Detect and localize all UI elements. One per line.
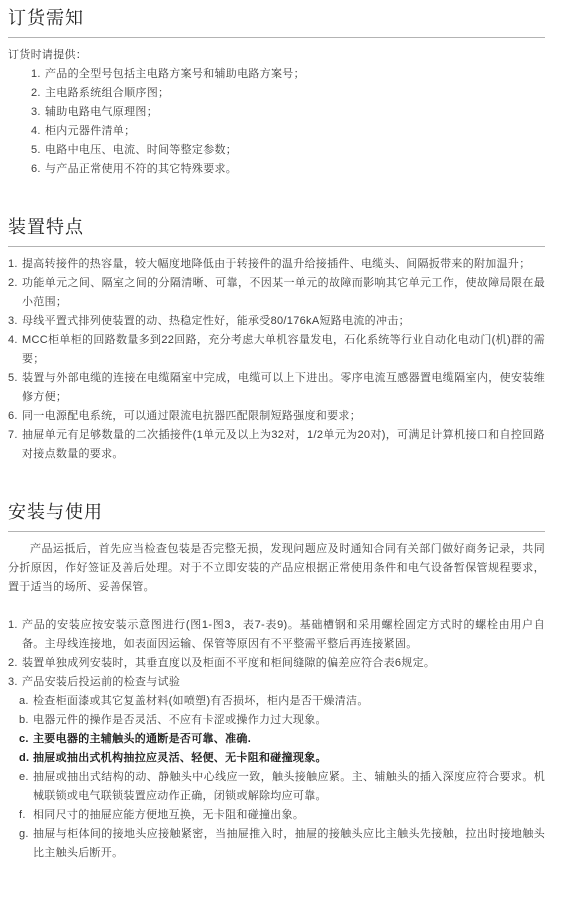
sub-list-item: b. 电器元件的操作是否灵活、不应有卡涩或操作力过大现象。: [19, 711, 545, 730]
sub-list-item: c. 主要电器的主辅触头的通断是否可靠、准确.: [19, 730, 545, 749]
list-item-text: 辅助电路电气原理图；: [45, 103, 545, 122]
section-ordering-notes: 订货需知 订货时请提供： 1. 产品的全型号包括主电路方案号和辅助电路方案号； …: [8, 6, 545, 179]
list-item-text: 产品的全型号包括主电路方案号和辅助电路方案号；: [45, 65, 545, 84]
sub-list-item-text: 主要电器的主辅触头的通断是否可靠、准确.: [33, 730, 545, 749]
list-item-marker: 6.: [31, 160, 45, 179]
sub-list-item-marker: d.: [19, 749, 33, 768]
sub-list-item: e. 抽屉或抽出式结构的动、静触头中心线应一致，触头接触应紧。主、辅触头的插入深…: [19, 768, 545, 806]
list-item-marker: 4.: [8, 331, 22, 350]
section-divider: [8, 37, 545, 38]
list-item-marker: 2.: [8, 654, 22, 673]
section-title: 安装与使用: [8, 500, 545, 524]
list-item-text: 装置单独成列安装时，其垂直度以及柜面不平度和柜间缝隙的偏差应符合表6规定。: [22, 654, 545, 673]
sub-list-item-text: 相同尺寸的抽屉应能方便地互换，无卡阻和碰撞出象。: [33, 806, 545, 825]
list-item-text: 产品的安装应按安装示意图进行(图1-图3，表7-表9)。基础槽钢和采用螺栓固定方…: [22, 616, 545, 654]
sub-list-item-text: 检查柜面漆或其它复盖材料(如喷塑)有否损坏，柜内是否干燥清洁。: [33, 692, 545, 711]
section-installation-use: 安装与使用 产品运抵后，首先应当检查包装是否完整无损，发现问题应及时通知合同有关…: [8, 500, 545, 863]
list-item: 7. 抽屉单元有足够数量的二次插接件(1单元及以上为32对，1/2单元为20对)…: [8, 426, 545, 464]
list-item: 4. MCC柜单柜的回路数量多到22回路，充分考虑大单机容量发电，石化系统等行业…: [8, 331, 545, 369]
section-title: 装置特点: [8, 215, 545, 239]
list-item-text: 柜内元器件清单；: [45, 122, 545, 141]
list-item-text: 母线平置式排列使装置的动、热稳定性好，能承受80/176kA短路电流的冲击；: [22, 312, 545, 331]
sub-list-item-text: 电器元件的操作是否灵活、不应有卡涩或操作力过大现象。: [33, 711, 545, 730]
ordering-list: 1. 产品的全型号包括主电路方案号和辅助电路方案号； 2. 主电路系统组合顺序图…: [8, 65, 545, 179]
list-item-marker: 7.: [8, 426, 22, 445]
list-item: 3. 辅助电路电气原理图；: [31, 103, 545, 122]
list-item: 1. 产品的全型号包括主电路方案号和辅助电路方案号；: [31, 65, 545, 84]
list-item-text: 抽屉单元有足够数量的二次插接件(1单元及以上为32对，1/2单元为20对)，可满…: [22, 426, 545, 464]
list-item: 1. 产品的安装应按安装示意图进行(图1-图3，表7-表9)。基础槽钢和采用螺栓…: [8, 616, 545, 654]
features-list: 1. 提高转接件的热容量，较大幅度地降低由于转接件的温升给接插件、电缆头、间隔扳…: [8, 255, 545, 464]
list-item-marker: 2.: [31, 84, 45, 103]
list-item-text: 装置与外部电缆的连接在电缆隔室中完成，电缆可以上下进出。零序电流互感器置电缆隔室…: [22, 369, 545, 407]
installation-intro-paragraph: 产品运抵后，首先应当检查包装是否完整无损，发现问题应及时通知合同有关部门做好商务…: [8, 540, 545, 597]
list-item: 6. 同一电源配电系统，可以通过限流电抗器匹配限制短路强度和要求；: [8, 407, 545, 426]
section-title: 订货需知: [8, 6, 545, 30]
installation-list: 1. 产品的安装应按安装示意图进行(图1-图3，表7-表9)。基础槽钢和采用螺栓…: [8, 616, 545, 863]
sub-list-item-marker: c.: [19, 730, 33, 749]
list-item-marker: 3.: [8, 673, 22, 692]
sub-list-item-marker: f.: [19, 806, 33, 825]
ordering-intro: 订货时请提供：: [8, 46, 545, 65]
sub-list-item-marker: e.: [19, 768, 33, 787]
list-item-marker: 3.: [31, 103, 45, 122]
list-item-text: 功能单元之间、隔室之间的分隔清晰、可靠，不因某一单元的故障而影响其它单元工作，使…: [22, 274, 545, 312]
list-item-marker: 5.: [8, 369, 22, 388]
checks-sublist: a. 检查柜面漆或其它复盖材料(如喷塑)有否损坏，柜内是否干燥清洁。 b. 电器…: [8, 692, 545, 863]
list-item-text: 电路中电压、电流、时间等整定参数；: [45, 141, 545, 160]
list-item: 2. 功能单元之间、隔室之间的分隔清晰、可靠，不因某一单元的故障而影响其它单元工…: [8, 274, 545, 312]
sub-list-item-text: 抽屉或抽出式结构的动、静触头中心线应一致，触头接触应紧。主、辅触头的插入深度应符…: [33, 768, 545, 806]
list-item-marker: 5.: [31, 141, 45, 160]
list-item: 5. 装置与外部电缆的连接在电缆隔室中完成，电缆可以上下进出。零序电流互感器置电…: [8, 369, 545, 407]
list-item-text: 主电路系统组合顺序图；: [45, 84, 545, 103]
list-item: 5. 电路中电压、电流、时间等整定参数；: [31, 141, 545, 160]
sub-list-item: d. 抽屉或抽出式机构抽拉应灵活、轻便、无卡阻和碰撞现象。: [19, 749, 545, 768]
list-item-text: 与产品正常使用不符的其它特殊要求。: [45, 160, 545, 179]
list-item-text: 同一电源配电系统，可以通过限流电抗器匹配限制短路强度和要求；: [22, 407, 545, 426]
list-item-marker: 1.: [8, 616, 22, 635]
list-item-marker: 3.: [8, 312, 22, 331]
list-item: 1. 提高转接件的热容量，较大幅度地降低由于转接件的温升给接插件、电缆头、间隔扳…: [8, 255, 545, 274]
list-item-marker: 4.: [31, 122, 45, 141]
section-divider: [8, 246, 545, 247]
sub-list-item: a. 检查柜面漆或其它复盖材料(如喷塑)有否损坏，柜内是否干燥清洁。: [19, 692, 545, 711]
sub-list-item-marker: a.: [19, 692, 33, 711]
list-item-text: 产品安装后投运前的检查与试验: [22, 673, 545, 692]
section-device-features: 装置特点 1. 提高转接件的热容量，较大幅度地降低由于转接件的温升给接插件、电缆…: [8, 215, 545, 464]
list-item-marker: 6.: [8, 407, 22, 426]
list-item-marker: 1.: [31, 65, 45, 84]
list-item-text: MCC柜单柜的回路数量多到22回路，充分考虑大单机容量发电，石化系统等行业自动化…: [22, 331, 545, 369]
sub-list-item: g. 抽屉与柜体间的接地头应接触紧密，当抽屉推入时，抽屉的接触头应比主触头先接触…: [19, 825, 545, 863]
list-item-text: 提高转接件的热容量，较大幅度地降低由于转接件的温升给接插件、电缆头、间隔扳带来的…: [22, 255, 545, 274]
list-item-marker: 1.: [8, 255, 22, 274]
sub-list-item-marker: b.: [19, 711, 33, 730]
list-item-marker: 2.: [8, 274, 22, 293]
sub-list-item: f. 相同尺寸的抽屉应能方便地互换，无卡阻和碰撞出象。: [19, 806, 545, 825]
list-item: 2. 装置单独成列安装时，其垂直度以及柜面不平度和柜间缝隙的偏差应符合表6规定。: [8, 654, 545, 673]
list-item: 3. 母线平置式排列使装置的动、热稳定性好，能承受80/176kA短路电流的冲击…: [8, 312, 545, 331]
list-item: 6. 与产品正常使用不符的其它特殊要求。: [31, 160, 545, 179]
list-item: 2. 主电路系统组合顺序图；: [31, 84, 545, 103]
sub-list-item-text: 抽屉与柜体间的接地头应接触紧密，当抽屉推入时，抽屉的接触头应比主触头先接触，拉出…: [33, 825, 545, 863]
section-divider: [8, 531, 545, 532]
list-item: 4. 柜内元器件清单；: [31, 122, 545, 141]
list-item: 3. 产品安装后投运前的检查与试验: [8, 673, 545, 692]
sub-list-item-marker: g.: [19, 825, 33, 844]
sub-list-item-text: 抽屉或抽出式机构抽拉应灵活、轻便、无卡阻和碰撞现象。: [33, 749, 545, 768]
